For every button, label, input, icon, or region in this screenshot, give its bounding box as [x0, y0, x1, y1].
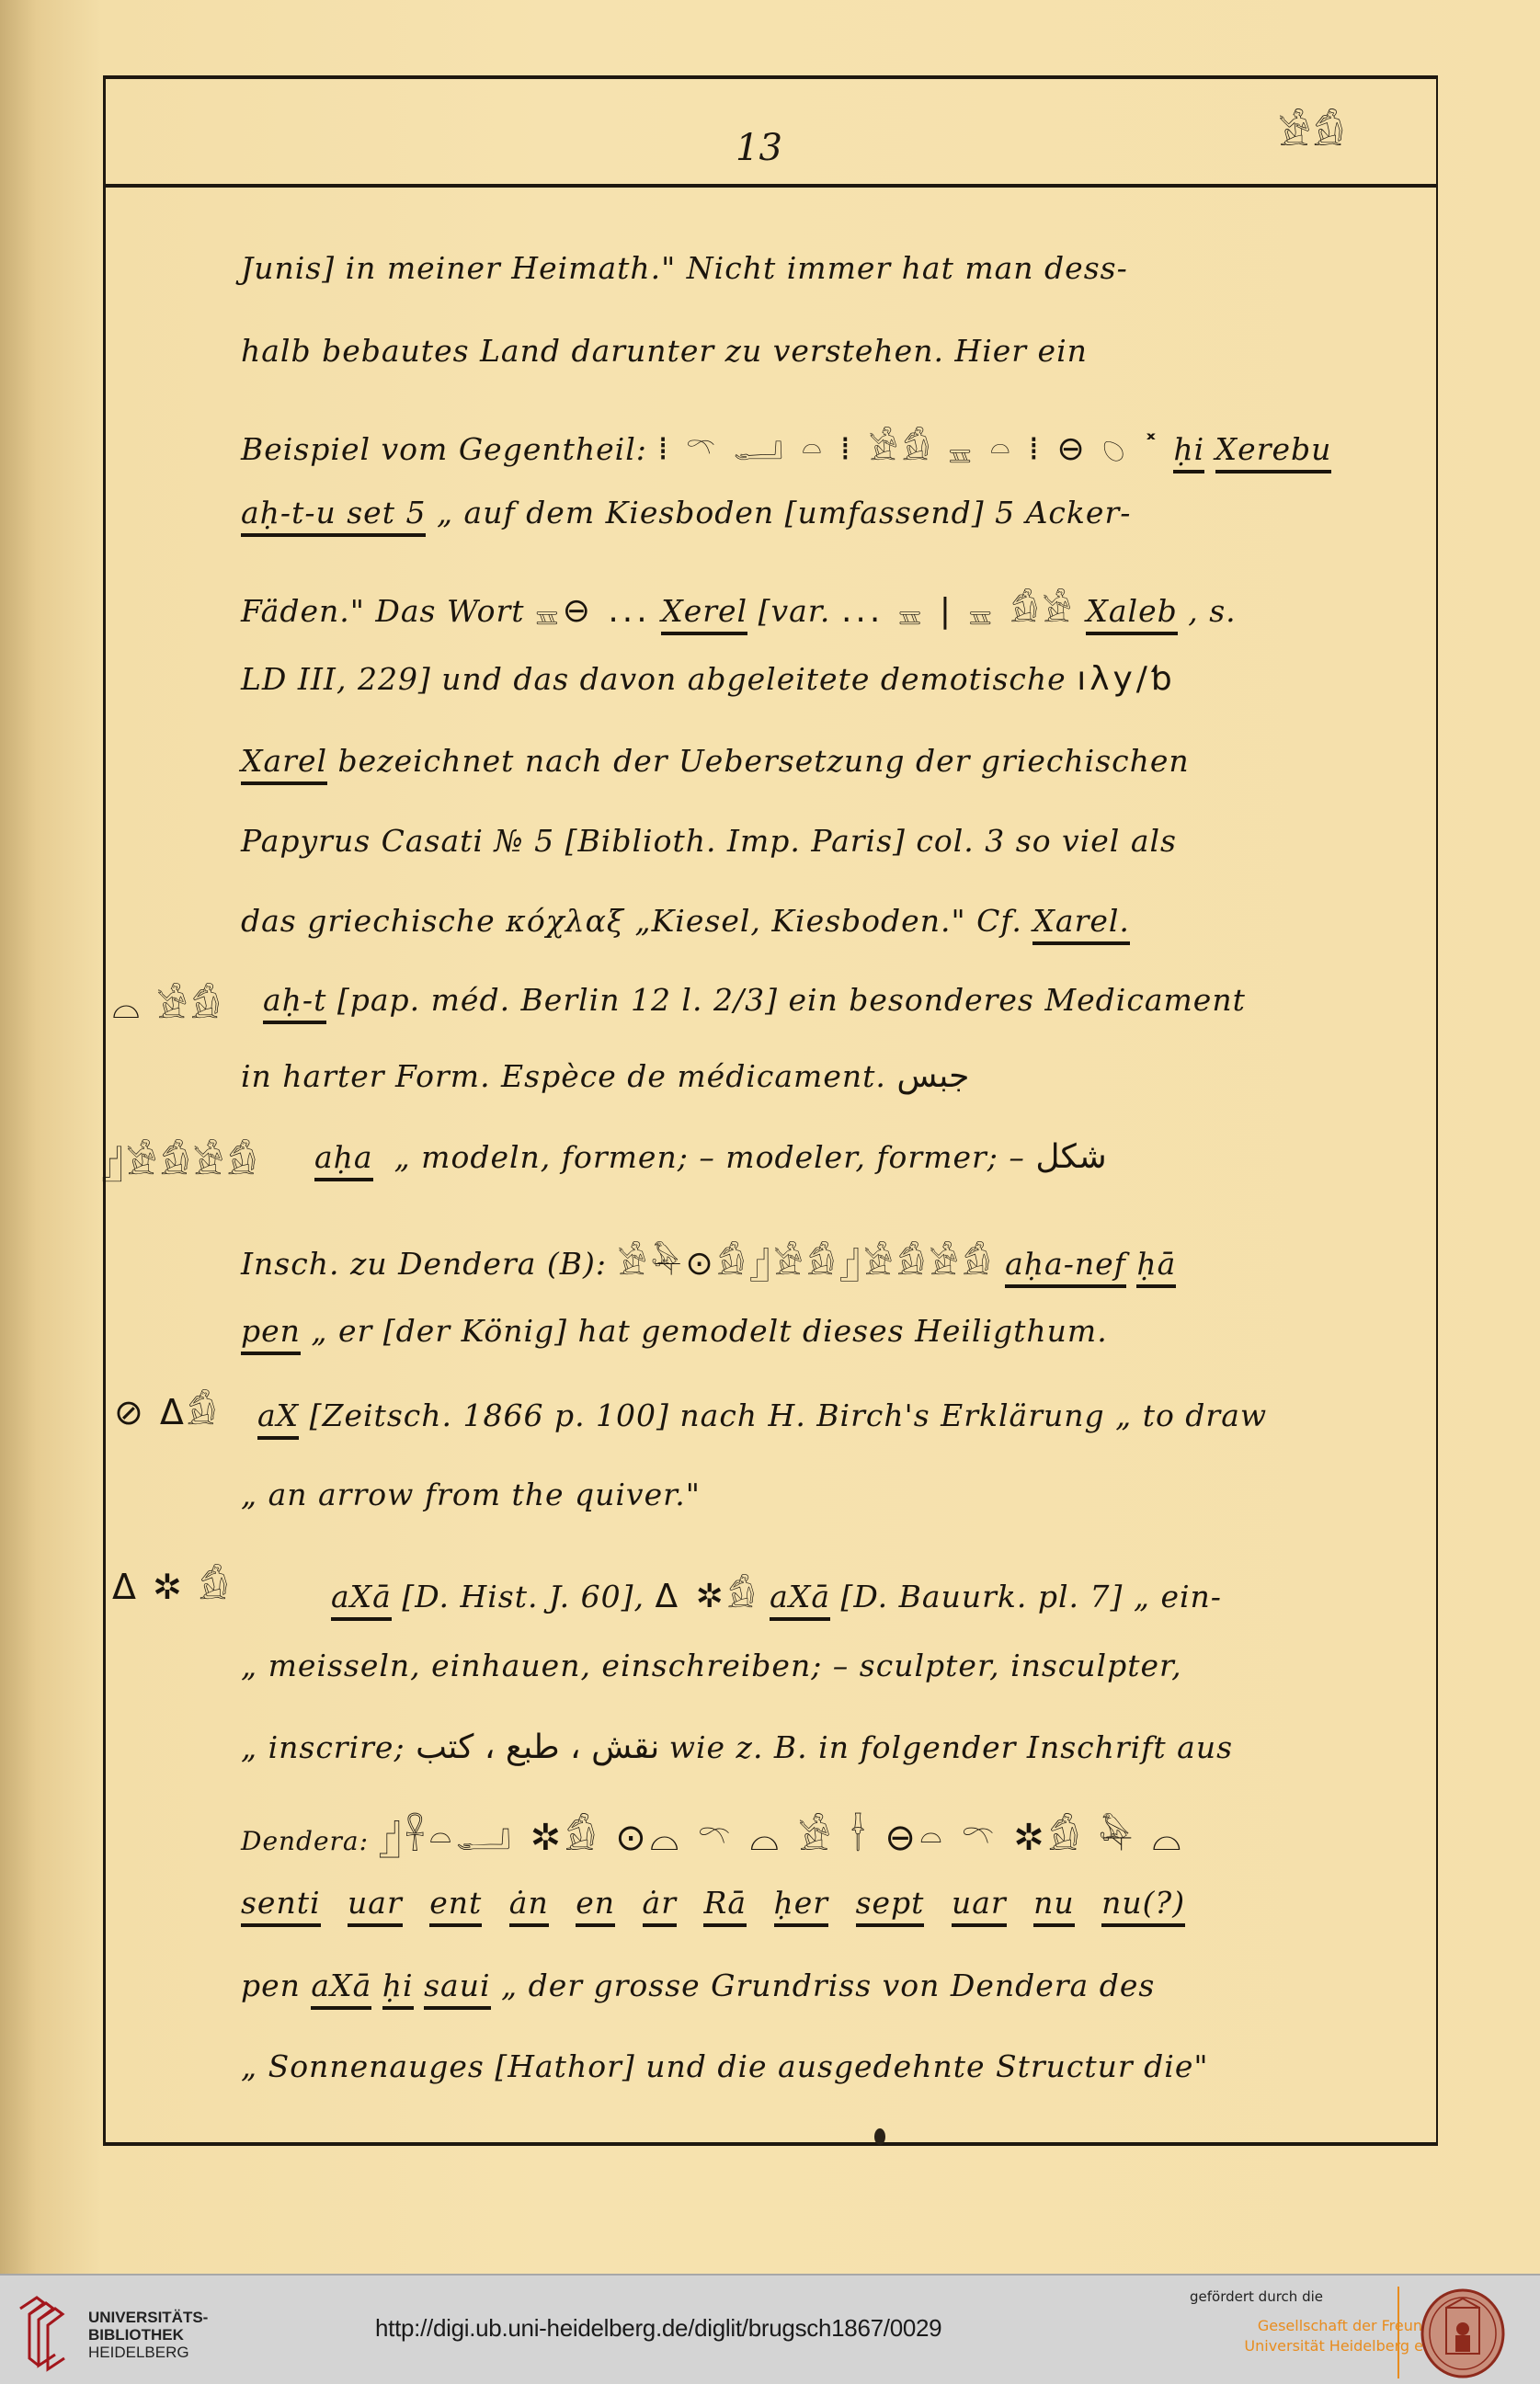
- transliteration: Xerebu: [1215, 431, 1332, 473]
- text-line: „ meisseln, einhauen, einschreiben; – sc…: [241, 1648, 1182, 1683]
- text-fragment: [D. Bauurk. pl. 7] „ ein-: [841, 1579, 1222, 1614]
- transliteration-word: uar: [348, 1885, 403, 1927]
- transliteration-line: senti uar ent ȧn en ȧr Rā ḥer sept uar n…: [241, 1885, 1185, 1921]
- transliteration-word: Rā: [703, 1885, 747, 1927]
- transliteration: aḥ-t-u set 5: [241, 495, 426, 537]
- entry-headword: aḥ-t: [263, 982, 326, 1024]
- permalink-url[interactable]: http://digi.ub.uni-heidelberg.de/diglit/…: [375, 2314, 941, 2343]
- transliteration-word: saui: [424, 1968, 490, 2010]
- transliteration: aḥa-nef: [1005, 1246, 1126, 1288]
- entry-headword: aX: [257, 1397, 299, 1440]
- text-line: aḥ-t-u set 5 „ auf dem Kiesboden [umfass…: [241, 495, 1131, 530]
- digitization-footer: UNIVERSITÄTS- BIBLIOTHEK HEIDELBERG http…: [0, 2274, 1540, 2384]
- text-line: „ Sonnenauges [Hathor] und die ausgedehn…: [241, 2048, 1209, 2084]
- text-fragment: „ auf dem Kiesboden [umfassend] 5 Acker-: [437, 495, 1131, 530]
- library-name-line: HEIDELBERG: [88, 2344, 189, 2361]
- text-line: Fäden." Das Wort 𓈇⊖ ... Xerel [var. ... …: [241, 577, 1237, 633]
- text-fragment: [var.: [759, 593, 831, 629]
- text-line: „ an arrow from the quiver.": [241, 1477, 701, 1512]
- hieroglyph-group: 𓈇⊖ ...: [535, 592, 651, 630]
- transliteration-word: ḥi: [382, 1968, 414, 2010]
- hieroglyph-group: ... 𓈇 | 𓈇 𓀁𓀀: [841, 592, 1076, 630]
- text-line: Insch. zu Dendera (B): 𓀀𓅆⊙𓀁𓊨𓀀𓀁𓊨𓀀𓀁𓀀𓀁 aḥa-…: [241, 1230, 1176, 1285]
- transliteration-word: ent: [429, 1885, 482, 1927]
- text-fragment: in harter Form. Espèce de médicament.: [241, 1058, 886, 1094]
- header-hieroglyph-icon: 𓀀𓀁: [1278, 97, 1346, 158]
- ink-blot: [874, 2128, 885, 2145]
- entry-hieroglyph-icon: ⌓ 𓀀𓀁: [112, 973, 223, 1030]
- library-name: UNIVERSITÄTS- BIBLIOTHEK HEIDELBERG: [88, 2309, 208, 2361]
- sponsor-name-line: Universität Heidelberg e.V.: [1244, 2337, 1441, 2355]
- text-fragment: , s.: [1188, 593, 1236, 629]
- entry-headword: aXā: [770, 1579, 830, 1621]
- text-line: Dendera: 𓊨𓋹𓏏𓂝 ✲𓀁 ⊙⌓ 𓍼 ⌓ 𓀀 𓌂 ⊖𓏏 𓍼 ✲𓀁 𓅆 ⌓: [241, 1802, 1185, 1863]
- text-fragment: „ er [der König] hat gemodelt dieses Hei…: [311, 1313, 1107, 1349]
- transliteration-word: ḥer: [774, 1885, 829, 1927]
- text-fragment: das griechische κόχλαξ „Kiesel, Kiesbode…: [241, 903, 1022, 939]
- text-line: Beispiel vom Gegentheil: ⁞ 𓍼 𓂝 𓏏 ⁞ 𓀀𓀁 𓈇 …: [241, 416, 1331, 471]
- sponsor-intro: gefördert durch die: [1190, 2288, 1323, 2305]
- arabic-word: نقش ، طبع ، كتب: [416, 1728, 659, 1766]
- entry-hieroglyph-icon: 𓊨𓀀𓀁𓀀𓀁: [101, 1129, 259, 1186]
- text-line: in harter Form. Espèce de médicament. جب…: [241, 1057, 969, 1095]
- hieroglyph-inscription: 𓊨𓋹𓏏𓂝 ✲𓀁 ⊙⌓ 𓍼 ⌓ 𓀀 𓌂 ⊖𓏏 𓍼 ✲𓀁 𓅆 ⌓: [378, 1817, 1185, 1859]
- text-fragment: „ modeln, formen; – modeler, former; –: [394, 1139, 1025, 1175]
- text-fragment: Insch. zu Dendera (B):: [241, 1246, 607, 1282]
- transliteration-word: senti: [241, 1885, 321, 1927]
- transliteration-word: uar: [952, 1885, 1007, 1927]
- dictionary-entry-line: aḥ-t [pap. méd. Berlin 12 l. 2/3] ein be…: [263, 982, 1246, 1018]
- text-line: das griechische κόχλαξ „Kiesel, Kiesbode…: [241, 903, 1130, 939]
- text-fragment: [Zeitsch. 1866 p. 100] nach H. Birch's E…: [310, 1397, 1267, 1433]
- hieroglyph-group: 𓀀𓅆⊙𓀁𓊨𓀀𓀁𓊨𓀀𓀁𓀀𓀁: [618, 1245, 995, 1283]
- text-line: „ inscrire; نقش ، طبع ، كتب wie z. B. in…: [241, 1728, 1233, 1766]
- transliteration-word: ȧn: [509, 1885, 549, 1927]
- text-fragment: bezeichnet nach der Uebersetzung der gri…: [338, 743, 1190, 779]
- transliteration-word: en: [576, 1885, 615, 1927]
- text-line: pen aXā ḥi saui „ der grosse Grundriss v…: [241, 1968, 1155, 2003]
- transliteration-word: nu(?): [1101, 1885, 1185, 1927]
- arabic-word: شكل: [1035, 1138, 1106, 1176]
- text-line: LD III, 229] und das davon abgeleitete d…: [241, 660, 1176, 698]
- library-name-line: BIBLIOTHEK: [88, 2326, 184, 2344]
- ub-heidelberg-logo-icon: [17, 2294, 81, 2373]
- text-fragment: [D. Hist. J. 60],: [402, 1579, 645, 1614]
- transliteration: ḥi: [1173, 431, 1204, 473]
- page-number: 13: [736, 127, 782, 169]
- transliteration-word: sept: [856, 1885, 925, 1927]
- sponsor-name: Gesellschaft der Freunde Universität Hei…: [1244, 2316, 1441, 2356]
- transliteration: ḥā: [1136, 1246, 1176, 1288]
- transliteration: Xerel: [661, 593, 747, 635]
- arabic-word: جبس: [896, 1057, 969, 1095]
- text-fragment: wie z. B. in folgender Inschrift aus: [669, 1729, 1233, 1765]
- transliteration-word: aXā: [311, 1968, 371, 2010]
- dictionary-entry-line: aḥa „ modeln, formen; – modeler, former;…: [314, 1138, 1107, 1176]
- text-fragment: LD III, 229] und das davon abgeleitete d…: [241, 661, 1067, 697]
- header-rule: [103, 184, 1436, 188]
- transliteration: pen: [241, 1313, 301, 1355]
- demotic-glyph: ıλy/ƅ: [1077, 660, 1176, 698]
- dictionary-entry-line: aX [Zeitsch. 1866 p. 100] nach H. Birch'…: [257, 1397, 1267, 1433]
- footer-divider: [1397, 2287, 1399, 2378]
- transliteration-word: ȧr: [643, 1885, 677, 1927]
- text-line: Papyrus Casati № 5 [Biblioth. Imp. Paris…: [241, 823, 1177, 859]
- entry-headword: aḥa: [314, 1139, 373, 1181]
- text-fragment: Dendera:: [241, 1826, 369, 1856]
- manuscript-page: 13 𓀀𓀁 Junis] in meiner Heimath." Nicht i…: [0, 0, 1540, 2274]
- entry-hieroglyph-icon: ⊘ Δ𓀁: [114, 1379, 220, 1436]
- university-seal-icon: [1419, 2287, 1507, 2379]
- text-line: Xarel bezeichnet nach der Uebersetzung d…: [241, 743, 1190, 779]
- transliteration: Xarel.: [1032, 903, 1130, 945]
- text-line: pen „ er [der König] hat gemodelt dieses…: [241, 1313, 1108, 1349]
- text-line: Junis] in meiner Heimath." Nicht immer h…: [241, 250, 1128, 286]
- text-fragment: „ inscrire;: [241, 1729, 405, 1765]
- text-fragment: Fäden." Das Wort: [241, 593, 525, 629]
- sponsor-name-line: Gesellschaft der Freunde: [1258, 2317, 1441, 2334]
- hieroglyph-group: ⁞ 𓍼 𓂝 𓏏 ⁞ 𓀀𓀁 𓈇 𓏏 ⁞ ⊖ 𓆇 ˟: [657, 430, 1162, 468]
- entry-headword: aXā: [331, 1579, 392, 1621]
- transliteration-word: nu: [1033, 1885, 1075, 1927]
- text-fragment: „ der grosse Grundriss von Dendera des: [501, 1968, 1155, 2003]
- text-line: halb bebautes Land darunter zu verstehen…: [241, 333, 1088, 369]
- library-name-line: UNIVERSITÄTS-: [88, 2309, 208, 2326]
- text-fragment: pen: [241, 1968, 301, 2003]
- transliteration: Xaleb: [1086, 593, 1177, 635]
- hieroglyph-group: Δ ✲𓀁: [656, 1578, 759, 1615]
- entry-hieroglyph-icon: Δ ✲ 𓀁: [112, 1554, 232, 1611]
- dictionary-entry-line: aXā [D. Hist. J. 60], Δ ✲𓀁 aXā [D. Bauur…: [331, 1563, 1222, 1618]
- transliteration: Xarel: [241, 743, 327, 785]
- text-fragment: [pap. méd. Berlin 12 l. 2/3] ein besonde…: [337, 982, 1246, 1018]
- text-fragment: Beispiel vom Gegentheil:: [241, 431, 647, 467]
